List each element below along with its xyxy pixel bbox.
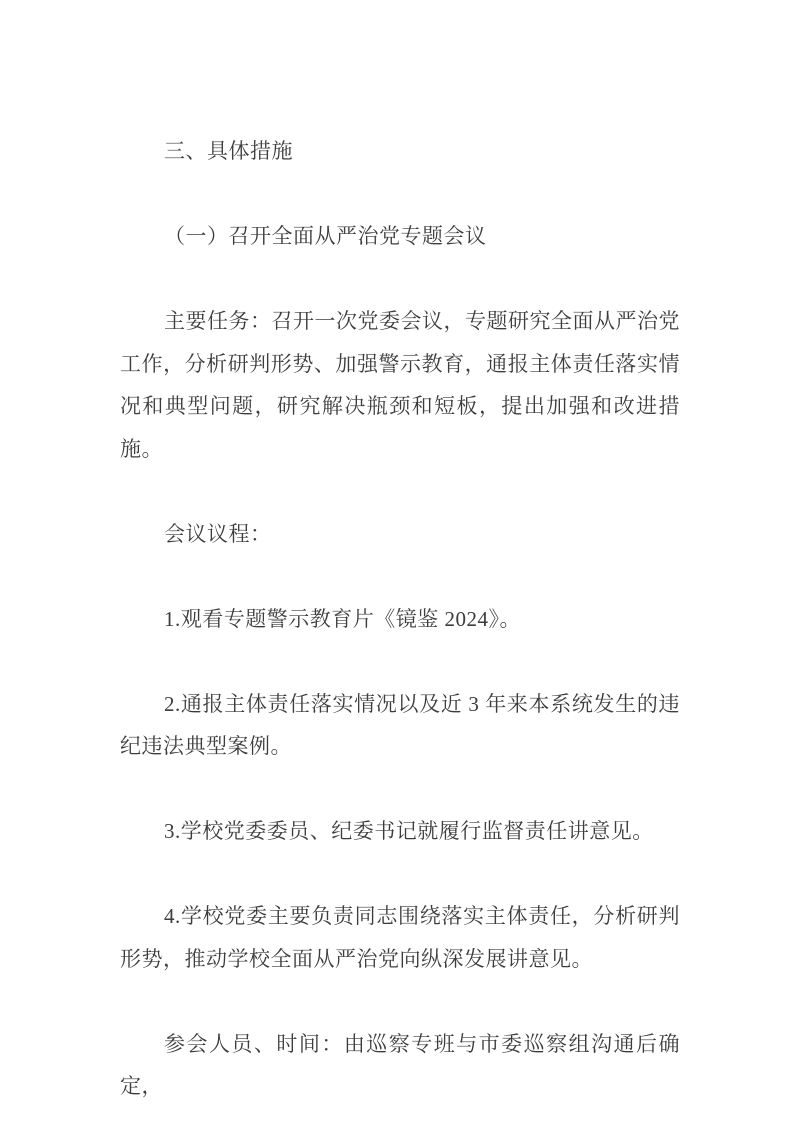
section-heading: 三、具体措施	[120, 130, 680, 173]
agenda-item-2: 2.通报主体责任落实情况以及近 3 年来本系统发生的违纪违法典型案例。	[120, 683, 680, 768]
agenda-item-1: 1.观看专题警示教育片《镜鉴 2024》。	[120, 598, 680, 641]
subsection-heading: （一）召开全面从严治党专题会议	[120, 215, 680, 258]
document-page: 三、具体措施 （一）召开全面从严治党专题会议 主要任务：召开一次党委会议，专题研…	[0, 0, 793, 1122]
document-content: 三、具体措施 （一）召开全面从严治党专题会议 主要任务：召开一次党委会议，专题研…	[120, 130, 680, 1108]
paragraph-participants: 参会人员、时间：由巡察专班与市委巡察组沟通后确定，	[120, 1023, 680, 1108]
agenda-item-4: 4.学校党委主要负责同志围绕落实主体责任，分析研判形势，推动学校全面从严治党向纵…	[120, 895, 680, 980]
agenda-item-3: 3.学校党委委员、纪委书记就履行监督责任讲意见。	[120, 810, 680, 853]
paragraph-agenda-label: 会议议程：	[120, 513, 680, 556]
paragraph-main-tasks: 主要任务：召开一次党委会议，专题研究全面从严治党工作，分析研判形势、加强警示教育…	[120, 300, 680, 470]
